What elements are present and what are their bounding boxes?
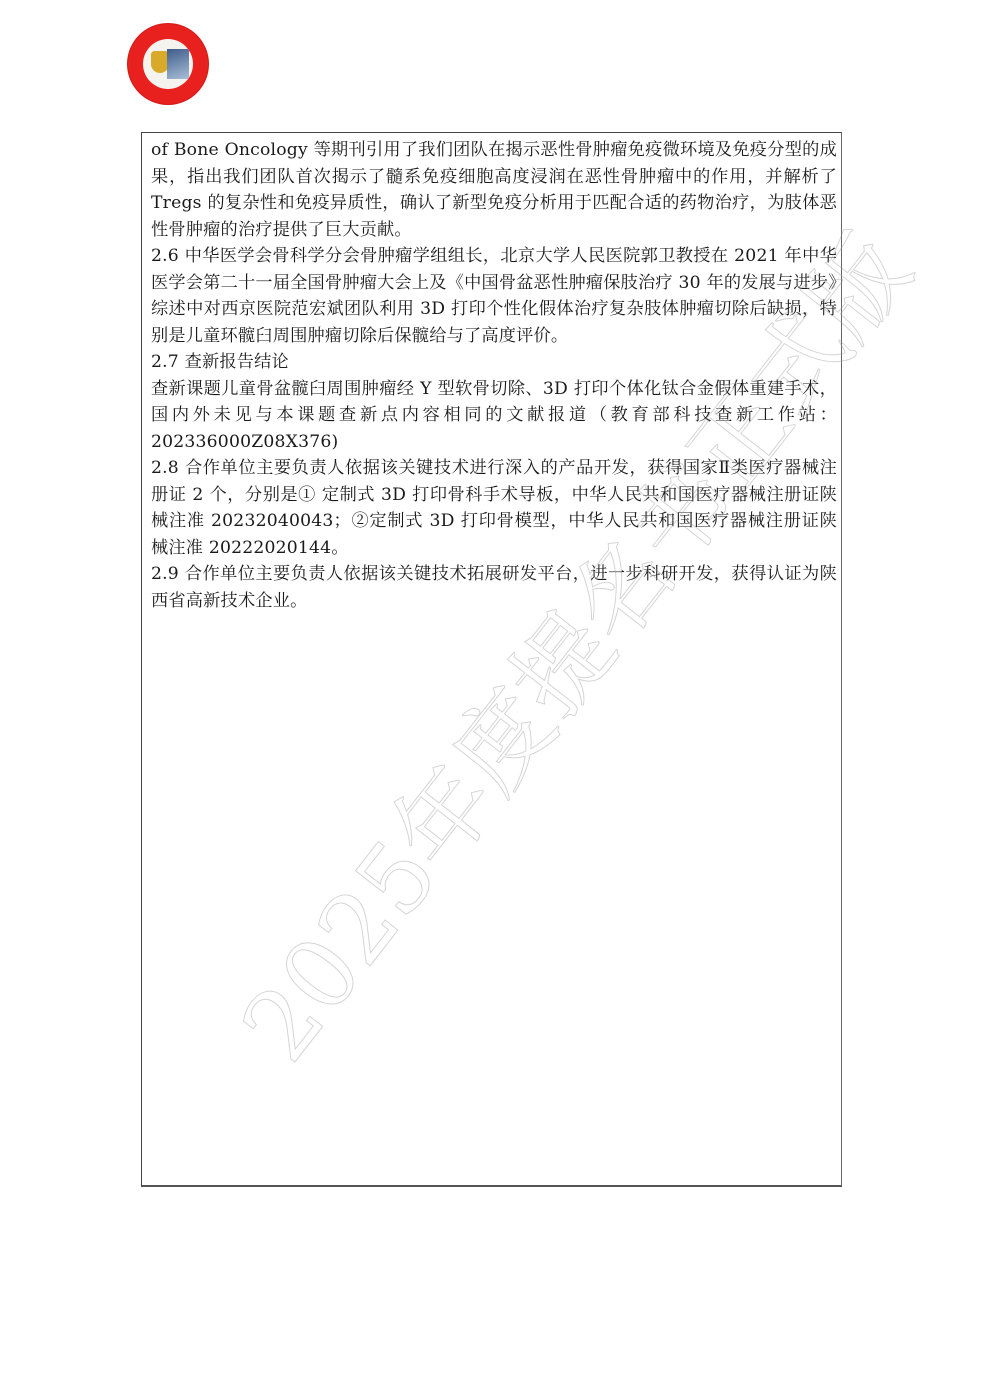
seal-center [143, 39, 193, 89]
building-icon [167, 49, 189, 79]
paragraph-2-8: 2.8 合作单位主要负责人依据该关键技术进行深入的产品开发，获得国家Ⅱ类医疗器械… [151, 455, 837, 561]
paragraph-2-6: 2.6 中华医学会骨科学分会骨肿瘤学组组长，北京大学人民医院郭卫教授在 2021… [151, 243, 837, 349]
paragraph-novelty-conclusion: 查新课题儿童骨盆髋臼周围肿瘤经 Y 型软骨切除、3D 打印个体化钛合金假体重建手… [151, 376, 837, 456]
document-body: of Bone Oncology 等期刊引用了我们团队在揭示恶性骨肿瘤免疫微环境… [151, 137, 837, 614]
heading-2-7: 2.7 查新报告结论 [151, 349, 837, 376]
paragraph-citation: of Bone Oncology 等期刊引用了我们团队在揭示恶性骨肿瘤免疫微环境… [151, 137, 837, 243]
paragraph-2-9: 2.9 合作单位主要负责人依据该关键技术拓展研发平台，进一步科研开发，获得认证为… [151, 561, 837, 614]
seal-emblem-icon [128, 24, 208, 104]
